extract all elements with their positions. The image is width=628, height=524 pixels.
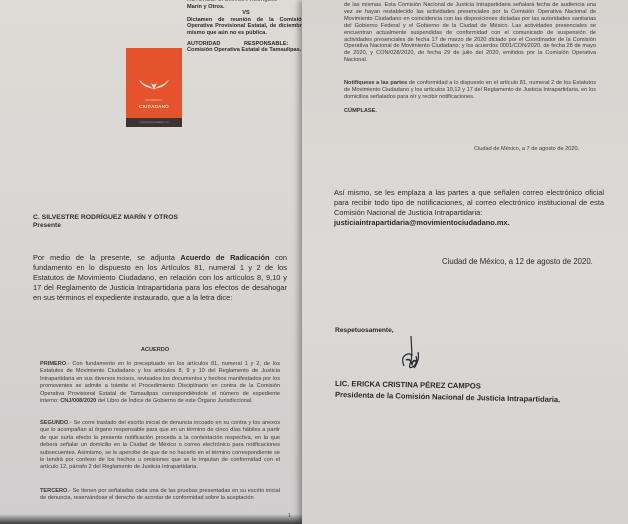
case-header: ACTORES: C. Silvestre Rodríguez Marín y … (187, 0, 304, 54)
notify-paragraph: Notifíquese a las partes de conformidad … (344, 80, 596, 101)
primero-paragraph: PRIMERO.- Con fundamento en lo preceptua… (40, 361, 280, 405)
eagle-wings-icon (137, 78, 171, 92)
logo-brand-name: CIUDADANO (126, 104, 182, 109)
acuerdo-title: ACUERDO (0, 347, 304, 353)
logo-url: movimientociudadano.mx (126, 118, 182, 127)
authority-label: AUTORIDAD RESPONSABLE: (187, 41, 304, 48)
addressee: C. SILVESTRE RODRÍGUEZ MARÍN Y OTROS Pre… (33, 214, 178, 229)
signer-title: Presidenta de la Comisión Nacional de Ju… (335, 390, 561, 404)
tercero-paragraph: TERCERO.- Se tienen por señaladas cada u… (40, 488, 280, 503)
date-second: Ciudad de México, a 12 de agosto de 2020… (442, 257, 593, 266)
tercero-label: TERCERO (40, 488, 67, 494)
movimiento-ciudadano-logo: MOVIMIENTO CIUDADANO movimientociudadano… (126, 48, 182, 127)
actors-cont: Marín y Otros. (187, 4, 304, 11)
tercero-text: .- Se tienen por señaladas cada una de l… (40, 488, 280, 501)
closing: Respetuosamente, (335, 327, 394, 334)
primero-text-end: del Libro de Índice de Gobierno de este … (96, 398, 252, 404)
act-reclaimed: Dictamen de reunión de la Comisión Opera… (187, 17, 304, 37)
versus: VS (187, 10, 304, 17)
actors-line: ACTORES: C. Silvestre Rodríguez (187, 0, 304, 4)
logo-url-bar: movimientociudadano.mx (126, 118, 182, 127)
intro-bold-acuerdo: Acuerdo de Radicación (180, 253, 269, 262)
intro-paragraph: Por medio de la presente, se adjunta Acu… (33, 253, 287, 303)
logo-brand-top: MOVIMIENTO (126, 99, 182, 102)
cumplase: CÚMPLASE. (344, 108, 377, 114)
segundo-text: .- Se corre traslado del escrito inicial… (40, 420, 280, 470)
authority-value: Comisión Operativa Estatal de Tamaulipas… (187, 47, 304, 54)
primero-label: PRIMERO (40, 361, 66, 367)
segundo-label: SEGUNDO (40, 420, 68, 426)
left-document-page: ACTORES: C. Silvestre Rodríguez Marín y … (0, 0, 304, 524)
summons-text: Así mismo, se les emplaza a las partes a… (334, 188, 604, 217)
addressee-name: C. SILVESTRE RODRÍGUEZ MARÍN Y OTROS (33, 214, 178, 221)
signer-name: LIC. ERICKA CRISTINA PÉREZ CAMPOS (335, 379, 481, 391)
page-edge-shadow (0, 514, 304, 524)
official-email: justiciaintrapartidaria@movimientociudad… (334, 218, 604, 228)
date-first: Ciudad de México, a 7 de agosto de 2020. (474, 146, 579, 152)
summons-paragraph: Así mismo, se les emplaza a las partes a… (334, 188, 604, 228)
segundo-paragraph: SEGUNDO.- Se corre traslado del escrito … (40, 420, 280, 472)
addressee-presente: Presente (33, 222, 178, 229)
right-document-page: de las mismas. Esta Comisión Nacional de… (302, 0, 628, 524)
notify-bold: Notifíquese a las partes (344, 80, 407, 86)
expediente-number: CNJ/008/2020 (60, 398, 96, 404)
audience-paragraph: de las mismas. Esta Comisión Nacional de… (344, 2, 596, 64)
intro-text-before: Por medio de la presente, se adjunta (33, 253, 180, 262)
signature-icon (398, 334, 424, 374)
